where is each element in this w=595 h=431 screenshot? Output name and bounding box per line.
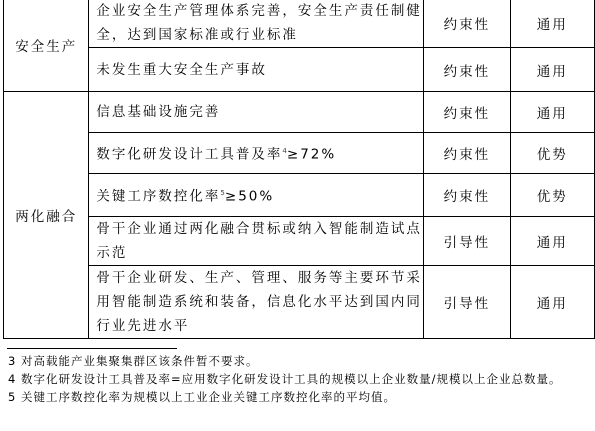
- type-cell: 约束性: [424, 0, 510, 48]
- scope-cell: 通用: [510, 48, 594, 92]
- footnotes: 3 对高载能产业集聚集群区该条件暂不要求。 4 数字化研发设计工具普及率=应用数…: [8, 352, 588, 406]
- table-row: 关键工序数控化率5≥50% 约束性 优势: [4, 174, 595, 217]
- type-cell: 约束性: [424, 48, 510, 92]
- description-threshold: ≥72%: [287, 147, 336, 163]
- footnote-4: 4 数字化研发设计工具普及率=应用数字化研发设计工具的规模以上企业数量/规模以上…: [8, 370, 588, 388]
- description-cell: 数字化研发设计工具普及率4≥72%: [89, 133, 424, 174]
- scope-cell: 通用: [510, 266, 594, 339]
- table-row: 安全生产 企业安全生产管理体系完善，安全生产责任制健全，达到国家标准或行业标准 …: [4, 0, 595, 48]
- criteria-table: 安全生产 企业安全生产管理体系完善，安全生产责任制健全，达到国家标准或行业标准 …: [3, 0, 595, 339]
- footnote-5: 5 关键工序数控化率为规模以上工业企业关键工序数控化率的平均值。: [8, 388, 588, 406]
- description-cell: 企业安全生产管理体系完善，安全生产责任制健全，达到国家标准或行业标准: [89, 0, 424, 48]
- description-cell: 骨干企业研发、生产、管理、服务等主要环节采用智能制造系统和装备，信息化水平达到国…: [89, 266, 424, 339]
- type-cell: 引导性: [424, 266, 510, 339]
- scope-cell: 优势: [510, 174, 594, 217]
- category-cell: 两化融合: [4, 92, 89, 339]
- type-cell: 约束性: [424, 133, 510, 174]
- table-row: 两化融合 信息基础设施完善 约束性 通用: [4, 92, 595, 133]
- footnote-3: 3 对高载能产业集聚集群区该条件暂不要求。: [8, 352, 588, 370]
- description-threshold: ≥50%: [225, 189, 274, 205]
- table-row: 骨干企业通过两化融合贯标或纳入智能制造试点示范 引导性 通用: [4, 217, 595, 266]
- description-cell: 关键工序数控化率5≥50%: [89, 174, 424, 217]
- description-cell: 骨干企业通过两化融合贯标或纳入智能制造试点示范: [89, 217, 424, 266]
- description-text: 关键工序数控化率: [96, 189, 220, 205]
- scope-cell: 通用: [510, 217, 594, 266]
- type-cell: 引导性: [424, 217, 510, 266]
- table-row: 未发生重大安全生产事故 约束性 通用: [4, 48, 595, 92]
- type-cell: 约束性: [424, 92, 510, 133]
- description-cell: 未发生重大安全生产事故: [89, 48, 424, 92]
- scope-cell: 通用: [510, 92, 594, 133]
- category-cell: 安全生产: [4, 0, 89, 92]
- table-row: 数字化研发设计工具普及率4≥72% 约束性 优势: [4, 133, 595, 174]
- type-cell: 约束性: [424, 174, 510, 217]
- table-row: 骨干企业研发、生产、管理、服务等主要环节采用智能制造系统和装备，信息化水平达到国…: [4, 266, 595, 339]
- footnote-separator: [7, 348, 177, 349]
- description-text: 数字化研发设计工具普及率: [96, 147, 282, 163]
- description-cell: 信息基础设施完善: [89, 92, 424, 133]
- scope-cell: 通用: [510, 0, 594, 48]
- scope-cell: 优势: [510, 133, 594, 174]
